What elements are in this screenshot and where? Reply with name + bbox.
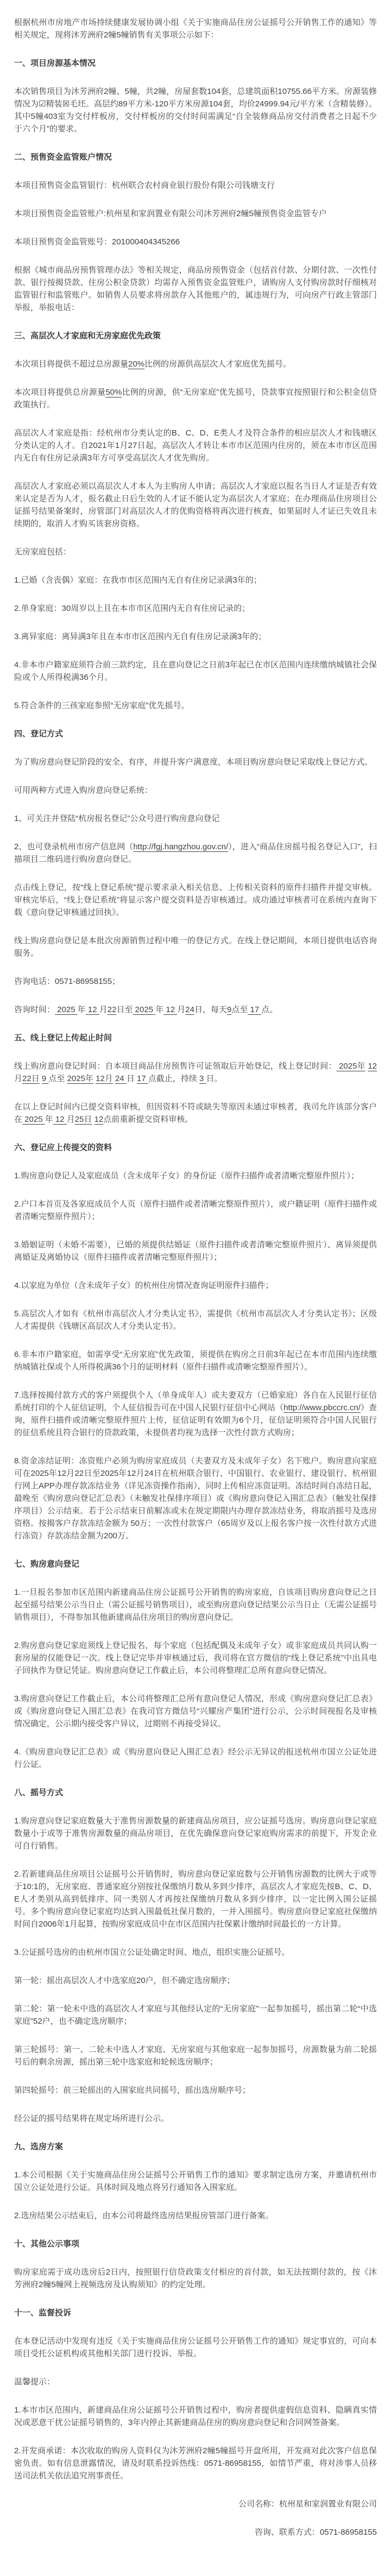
paragraph: 第四轮摇号：前三轮摇出的入围家庭共同摇号，摇出选房顺序号；: [14, 2084, 377, 2097]
blank-underlined-value: 22: [108, 1005, 117, 1014]
text-run: 2.开发商承诺：本次收取的购房人资料仅为沐芳洲府2幢5幢摇号开盘所用，开发商对此…: [14, 2446, 377, 2480]
text-run: 5.高层次人才如有《杭州市高层次人才分类认定书》，需提供《杭州市高层次人才分类认…: [14, 1309, 377, 1331]
section-heading: 六、登记应上传提交的资料: [14, 1141, 377, 1154]
text-run: 购房家庭需于成功选房后2日内，按照银行信贷政策支付相应的首付款，如无法按期付款的…: [14, 2268, 377, 2289]
text-run: 1.已婚（含丧偶）家庭：在我市市区范围内无自有住房记录满3年的；: [14, 576, 262, 585]
paragraph: 经公证的摇号结果将在规定场所进行公示。: [14, 2112, 377, 2125]
paragraph: 2、也可登录杭州市房产信息网（http://fgj.hangzhou.gov.c…: [14, 841, 377, 866]
text-run: 3.购房意向登记工作截止后，本公司将整理汇总所有意向登记人情况，形成《购房意向登…: [14, 1694, 377, 1728]
blank-underlined-value: 12: [368, 1062, 377, 1071]
paragraph: 本次项目将提供总房源量50%比例的房源，供“无房家庭”优先摇号，贷款事宜按照银行…: [14, 386, 377, 411]
paragraph: 为了购房意向登记阶段的安全、有序，并提升客户满意度，本项目购房意向登记采取线上登…: [14, 756, 377, 768]
text-run: 为了购房意向登记阶段的安全、有序，并提升客户满意度，本项目购房意向登记采取线上登…: [14, 757, 373, 767]
paragraph: 温馨提示：: [14, 2376, 377, 2388]
document-body: 根据杭州市房地产市场持续健康发展协调小组《关于实施商品住房公证摇号公开销售工作的…: [14, 16, 377, 2539]
paragraph: 4.非本市户籍家庭须符合前三款约定，且在意向登记之日前3年起已在市区范围内连续缴…: [14, 659, 377, 684]
section-heading: 十、其他公示事项: [14, 2238, 377, 2250]
paragraph: 可用两种方式进入购房意向登记系统：: [14, 784, 377, 797]
text-run: 5.符合条件的三孩家庭参照“无房家庭”优先摇号。: [14, 701, 190, 710]
text-run: 月: [177, 1005, 185, 1014]
paragraph: 第一轮：摇出高层次人才中选家庭20户，但不确定选房顺序；: [14, 1974, 377, 1987]
text-run: 温馨提示：: [14, 2377, 55, 2386]
text-run: 年: [78, 1005, 86, 1014]
paragraph: 1.已婚（含丧偶）家庭：在我市市区范围内无自有住房记录满3年的；: [14, 574, 377, 586]
paragraph: 1.购房意向登记人及家庭成员（含未成年子女）的身份证（原件扫描件或者清晰完整原件…: [14, 1170, 377, 1182]
section-heading: 十一、监督投诉: [14, 2307, 377, 2319]
text-run: 可用两种方式进入购房意向登记系统：: [14, 786, 153, 795]
text-run: 2.户口本首页及各家庭成员个人页（原件扫描件或者清晰完整原件照片），或户籍证明（…: [14, 1199, 377, 1221]
text-run: 点至: [48, 1074, 67, 1083]
paragraph: 无房家庭包括：: [14, 546, 377, 558]
text-run: 2.选房结果公示结束后，由本公司将最终选房结果报房管部门进行备案。: [14, 2211, 274, 2220]
paragraph: 1.一旦报名参加市区范围内新建商品住房公证摇号公开销售的购房家庭，自该项目购房意…: [14, 1586, 377, 1624]
text-run: 二、预售资金监管账户情况: [14, 153, 112, 162]
section-heading: 九、选房方案: [14, 2141, 377, 2153]
text-run: 点至: [231, 1005, 248, 1014]
text-run: 根据《城市商品房预售管理办法》等相关规定，商品房预售资金（包括首付款、分期付款、…: [14, 266, 377, 312]
text-run: 线上购房意向登记是本批次房源销售过程中唯一的登记方式。在线上登记期间，本项目提供…: [14, 936, 377, 958]
text-run: 咨询、联系方式：0571-86958155: [255, 2528, 377, 2537]
paragraph: 第三轮摇号：第一、二轮未中选人才家庭、无房家庭与其他家庭一起参加摇号，房源数量为…: [14, 2043, 377, 2068]
text-run: 咨询时间：: [14, 1005, 55, 1014]
blank-underlined-value: 2025: [133, 1005, 156, 1014]
text-run: 1.购房意向登记家庭数量大于准售房源数量的新建商品房项目，应公证摇号选房。购房意…: [14, 1816, 377, 1851]
text-run: 三、高层次人才家庭和无房家庭优先政策: [14, 331, 161, 340]
section-heading: 八、摇号方式: [14, 1786, 377, 1799]
blank-underlined-value: 9: [42, 1074, 49, 1083]
paragraph: 5.高层次人才如有《杭州市高层次人才分类认定书》，需提供《杭州市高层次人才分类认…: [14, 1308, 377, 1333]
blank-underlined-value: 24: [185, 1005, 194, 1014]
text-run: 日: [127, 1074, 137, 1083]
blank-underlined-value: 2025: [55, 1005, 78, 1014]
paragraph: 7.选择按揭付款方式的客户须提供个人（单身成年人）或夫妻双方（已婚家庭）各自在人…: [14, 1389, 377, 1439]
paragraph: 4.以家庭为单位（含未成年子女）的杭州住房情况查询证明原件扫描件；: [14, 1279, 377, 1292]
text-run: 本次项目将提供不超过总房源量: [14, 359, 128, 369]
paragraph: 5.符合条件的三孩家庭参照“无房家庭”优先摇号。: [14, 699, 377, 712]
text-run: 高层次人才家庭必须以高层次人才本人为主购房人申请；高层次人才家庭以报名当日人才证…: [14, 482, 377, 528]
blank-underlined-value: 50%: [105, 388, 122, 397]
blank-underlined-value: 12: [94, 1115, 104, 1124]
signature-line: 咨询、联系方式：0571-86958155: [14, 2526, 377, 2539]
section-heading: 七、购房意向登记: [14, 1558, 377, 1570]
document: 根据杭州市房地产市场持续健康发展协调小组《关于实施商品住房公证摇号公开销售工作的…: [0, 0, 391, 2576]
paragraph: 3.购房意向登记工作截止后，本公司将整理汇总所有意向登记人情况，形成《购房意向登…: [14, 1693, 377, 1730]
text-run: 高层次人才家庭是指：经杭州市分类认定的B、C、D、E类人才及符合条件的相应层次人…: [14, 428, 377, 463]
section-heading: 一、项目房源基本情况: [14, 57, 377, 70]
text-run: 根据杭州市房地产市场持续健康发展协调小组《关于实施商品住房公证摇号公开销售工作的…: [14, 18, 377, 40]
text-run: 1.一旦报名参加市区范围内新建商品住房公证摇号公开销售的购房家庭，自该项目购房意…: [14, 1588, 377, 1622]
blank-underlined-value: 3: [199, 1074, 206, 1083]
paragraph: 咨询时间： 2025 年 12 月22日至 2025 年 12 月24日，每天9…: [14, 1003, 377, 1016]
signature-line: 公司名称：杭州星和家润置业有限公司: [14, 2498, 377, 2510]
text-run: 点前重新提交资料审核。: [103, 1115, 193, 1124]
paragraph: 6.非本市户籍家庭，如需享受“无房家庭”优先政策，须提供在购房之日前3年起已在本…: [14, 1348, 377, 1373]
text-run: 线上购房意向登记时间：自本项目商品住房预售许可证领取后开始登记，线上登记时间：: [14, 1062, 337, 1071]
text-run: 年: [45, 1115, 53, 1124]
section-heading: 三、高层次人才家庭和无房家庭优先政策: [14, 330, 377, 342]
paragraph: 线上购房意向登记时间：自本项目商品住房预售许可证领取后开始登记，线上登记时间： …: [14, 1060, 377, 1085]
paragraph: 2.开发商承诺：本次收取的购房人资料仅为沐芳洲府2幢5幢摇号开盘所用，开发商对此…: [14, 2445, 377, 2482]
text-run: 1.本公司根据《关于实施商品住房公证摇号公开销售工作的通知》要求制定选房方案，并…: [14, 2170, 377, 2192]
text-run: 6.非本市户籍家庭，如需享受“无房家庭”优先政策，须提供在购房之日前3年起已在本…: [14, 1350, 377, 1372]
section-heading: 四、登记方式: [14, 728, 377, 740]
text-run: 第一轮：摇出高层次人才中选家庭20户，但不确定选房顺序；: [14, 1976, 235, 1985]
blank-underlined-value: 24: [115, 1074, 127, 1083]
blank-underlined-value: 12: [163, 1005, 177, 1014]
blank-underlined-value: 2025年: [67, 1074, 93, 1083]
text-run: 十、其他公示事项: [14, 2239, 79, 2249]
paragraph: 根据《城市商品房预售管理办法》等相关规定，商品房预售资金（包括首付款、分期付款、…: [14, 264, 377, 314]
paragraph: 2.若新建商品住房项目公证摇号公开销售时，购房意向登记家庭数与公开销售房源数的比…: [14, 1868, 377, 1930]
paragraph: 1.本市市区范围内，新建商品住房公证摇号公开销售过程中，购房者提供虚假信息资料、…: [14, 2404, 377, 2429]
paragraph: 根据杭州市房地产市场持续健康发展协调小组《关于实施商品住房公证摇号公开销售工作的…: [14, 16, 377, 41]
paragraph: 2.单身家庭：30周岁以上且在本市市区范围内无自有住房记录的；: [14, 602, 377, 615]
text-run: 8.资金冻结证明：冻资账户必须为购房家庭成员（夫妻双方及未成年子女）名下账户。购…: [14, 1456, 377, 1540]
text-run: 经公证的摇号结果将在规定场所进行公示。: [14, 2114, 169, 2123]
text-run: 第二轮：第一轮未中选的高层次人才家庭与其他经认定的“无房家庭”一起参加摇号，摇出…: [14, 2004, 377, 2026]
text-run: 3.婚姻证明（未婚不需要），已婚的须提供结婚证（原件扫描件或者清晰完整原件照片）…: [14, 1240, 377, 1262]
blank-underlined-value: 2025年: [337, 1062, 365, 1071]
blank-underlined-value: 12: [53, 1115, 67, 1124]
paragraph: 本项目预售资金监管银行：杭州联合农村商业银行股份有限公司钱塘支行: [14, 179, 377, 192]
inline-url-link[interactable]: http://fgj.hangzhou.gov.cn/: [133, 842, 228, 851]
paragraph: 3.婚姻证明（未婚不需要），已婚的须提供结婚证（原件扫描件或者清晰完整原件照片）…: [14, 1239, 377, 1264]
paragraph: 1、可关注并登陆“杭房报名登记”公众号进行购房意向登记: [14, 812, 377, 825]
paragraph: 购房家庭需于成功选房后2日内，按照银行信贷政策支付相应的首付款，如无法按期付款的…: [14, 2266, 377, 2291]
paragraph: 本次项目将提供不超过总房源量20%比例的房源供高层次人才家庭优先摇号。: [14, 358, 377, 370]
text-run: 咨询电话：0571-86958155；: [14, 977, 120, 986]
paragraph: 咨询电话：0571-86958155；: [14, 975, 377, 988]
paragraph: 本项目预售资金监管账号：201000404345266: [14, 236, 377, 248]
paragraph: 2.户口本首页及各家庭成员个人页（原件扫描件或者清晰完整原件照片），或户籍证明（…: [14, 1198, 377, 1223]
text-run: 月: [99, 1005, 108, 1014]
paragraph: 3.离异家庭：离异满3年且在本市市区范围内无自有住房记录满3年的；: [14, 630, 377, 643]
text-run: 2、也可登录杭州市房产信息网（: [14, 842, 133, 851]
text-run: 1.购房意向登记人及家庭成员（含未成年子女）的身份证（原件扫描件或者清晰完整原件…: [14, 1171, 359, 1180]
text-run: 十一、监督投诉: [14, 2308, 71, 2318]
text-run: 第三轮摇号：第一、二轮未中选人才家庭、无房家庭与其他家庭一起参加摇号，房源数量为…: [14, 2045, 377, 2067]
text-run: 五、线上登记上传起止时间: [14, 1033, 112, 1043]
text-run: 本项目预售资金监管账号：201000404345266: [14, 237, 180, 247]
paragraph: 本次销售项目为沐芳洲府2幢、5幢，共2幢，房屋套数104套，总建筑面积10755…: [14, 85, 377, 135]
text-run: 本项目预售资金监管银行：杭州联合农村商业银行股份有限公司钱塘支行: [14, 181, 275, 190]
text-run: 比例的房源供高层次人才家庭优先摇号。: [144, 359, 291, 369]
blank-underlined-value: 22日: [22, 1074, 40, 1083]
section-heading: 五、线上登记上传起止时间: [14, 1032, 377, 1044]
blank-underlined-value: 17: [137, 1074, 148, 1083]
inline-url-link[interactable]: http://www.pbccrc.cn/: [283, 1403, 361, 1412]
paragraph: 8.资金冻结证明：冻资账户必须为购房家庭成员（夫妻双方及未成年子女）名下账户。购…: [14, 1455, 377, 1542]
text-run: 3.离异家庭：离异满3年且在本市市区范围内无自有住房记录满3年的；: [14, 632, 266, 641]
text-run: 四、登记方式: [14, 729, 63, 738]
blank-underlined-value: 17: [248, 1005, 261, 1014]
text-run: 年: [155, 1005, 163, 1014]
text-run: 六、登记应上传提交的资料: [14, 1143, 112, 1152]
text-run: 日，每天: [194, 1005, 227, 1014]
paragraph: 线上购房意向登记是本批次房源销售过程中唯一的登记方式。在线上登记期间，本项目提供…: [14, 935, 377, 959]
section-heading: 二、预售资金监管账户情况: [14, 151, 377, 163]
paragraph: 在以上登记时间内已提交资料审核，但因资料不符或缺失等原因未通过审核者，我司允许该…: [14, 1101, 377, 1126]
paragraph: 高层次人才家庭是指：经杭州市分类认定的B、C、D、E类人才及符合条件的相应层次人…: [14, 427, 377, 464]
text-run: 日。: [206, 1074, 223, 1083]
text-run: 本次销售项目为沐芳洲府2幢、5幢，共2幢，房屋套数104套，总建筑面积10755…: [14, 87, 377, 134]
text-run: 点。: [261, 1005, 278, 1014]
paragraph: 1.本公司根据《关于实施商品住房公证摇号公开销售工作的通知》要求制定选房方案，并…: [14, 2169, 377, 2194]
text-run: 一、项目房源基本情况: [14, 59, 96, 68]
paragraph: 第二轮：第一轮未中选的高层次人才家庭与其他经认定的“无房家庭”一起参加摇号，摇出…: [14, 2003, 377, 2028]
blank-underlined-value: 12: [86, 1005, 99, 1014]
paragraph: 本项目预售资金监管账户:杭州星和家润置业有限公司沐芳洲府2幢5幢预售资金监管专户: [14, 207, 377, 220]
text-run: 3.公证摇号选房的由杭州市国立公证处确定时间、地点，组织实施公证摇号。: [14, 1948, 290, 1957]
text-run: 月: [67, 1115, 75, 1124]
blank-underlined-value: 25日: [75, 1115, 92, 1124]
text-run: 八、摇号方式: [14, 1788, 63, 1797]
text-run: 2.单身家庭：30周岁以上且在本市市区范围内无自有住房记录的；: [14, 604, 250, 613]
text-run: 本项目预售资金监管账户:杭州星和家润置业有限公司沐芳洲府2幢5幢预售资金监管专户: [14, 209, 327, 218]
paragraph: 3.公证摇号选房的由杭州市国立公证处确定时间、地点，组织实施公证摇号。: [14, 1946, 377, 1959]
paragraph: 4.《购房意向登记汇总表》或《购房意向登记入围汇总表》经公示无异议的报送杭州市国…: [14, 1746, 377, 1771]
text-run: 无房家庭包括：: [14, 547, 71, 557]
blank-underlined-value: 2025: [22, 1115, 45, 1124]
paragraph: 高层次人才家庭必须以高层次人才本人为主购房人申请；高层次人才家庭以报名当日人才证…: [14, 480, 377, 530]
paragraph: 在本登记活动中发现有违反《关于实施商品住房公证摇号公开销售工作的通知》规定事宜的…: [14, 2335, 377, 2360]
paragraph: 2.购房意向登记家庭须线上登记报名，每个家庭（包括配偶及未成年子女）或非家庭成员…: [14, 1639, 377, 1677]
text-run: 第四轮摇号：前三轮摇出的入围家庭共同摇号，摇出选房顺序号；: [14, 2086, 250, 2095]
text-run: 本次项目将提供总房源量: [14, 388, 105, 397]
text-run: 4.以家庭为单位（含未成年子女）的杭州住房情况查询证明原件扫描件；: [14, 1281, 274, 1290]
text-run: 1.本市市区范围内，新建商品住房公证摇号公开销售过程中，购房者提供虚假信息资料、…: [14, 2405, 377, 2427]
paragraph: 点击线上登记，按“线上登记系统”提示要求录入相关信息、上传相关资料的原件扫描件并…: [14, 881, 377, 919]
text-run: 4.非本市户籍家庭须符合前三款约定，且在意向登记之日前3年起已在市区范围内连续缴…: [14, 660, 377, 682]
text-run: 4.《购房意向登记汇总表》或《购房意向登记入围汇总表》经公示无异议的报送杭州市国…: [14, 1747, 377, 1769]
text-run: 点击线上登记，按“线上登记系统”提示要求录入相关信息、上传相关资料的原件扫描件并…: [14, 883, 377, 917]
text-run: 日至: [116, 1005, 133, 1014]
blank-underlined-value: 20%: [128, 359, 144, 369]
text-run: 在本登记活动中发现有违反《关于实施商品住房公证摇号公开销售工作的通知》规定事宜的…: [14, 2337, 377, 2358]
text-run: 2.若新建商品住房项目公证摇号公开销售时，购房意向登记家庭数与公开销售房源数的比…: [14, 1870, 377, 1929]
paragraph: 2.选房结果公示结束后，由本公司将最终选房结果报房管部门进行备案。: [14, 2209, 377, 2222]
paragraph: 1.购房意向登记家庭数量大于准售房源数量的新建商品房项目，应公证摇号选房。购房意…: [14, 1815, 377, 1852]
text-run: 九、选房方案: [14, 2142, 63, 2151]
text-run: 公司名称：杭州星和家润置业有限公司: [238, 2499, 377, 2509]
text-run: 1、可关注并登陆“杭房报名登记”公众号进行购房意向登记: [14, 814, 219, 823]
text-run: 七、购房意向登记: [14, 1560, 79, 1569]
text-run: 点截止，持续: [148, 1074, 199, 1083]
text-run: 2.购房意向登记家庭须线上登记报名，每个家庭（包括配偶及未成年子女）或非家庭成员…: [14, 1641, 377, 1675]
text-run: 月: [14, 1074, 22, 1083]
blank-underlined-value: 12月: [96, 1074, 113, 1083]
